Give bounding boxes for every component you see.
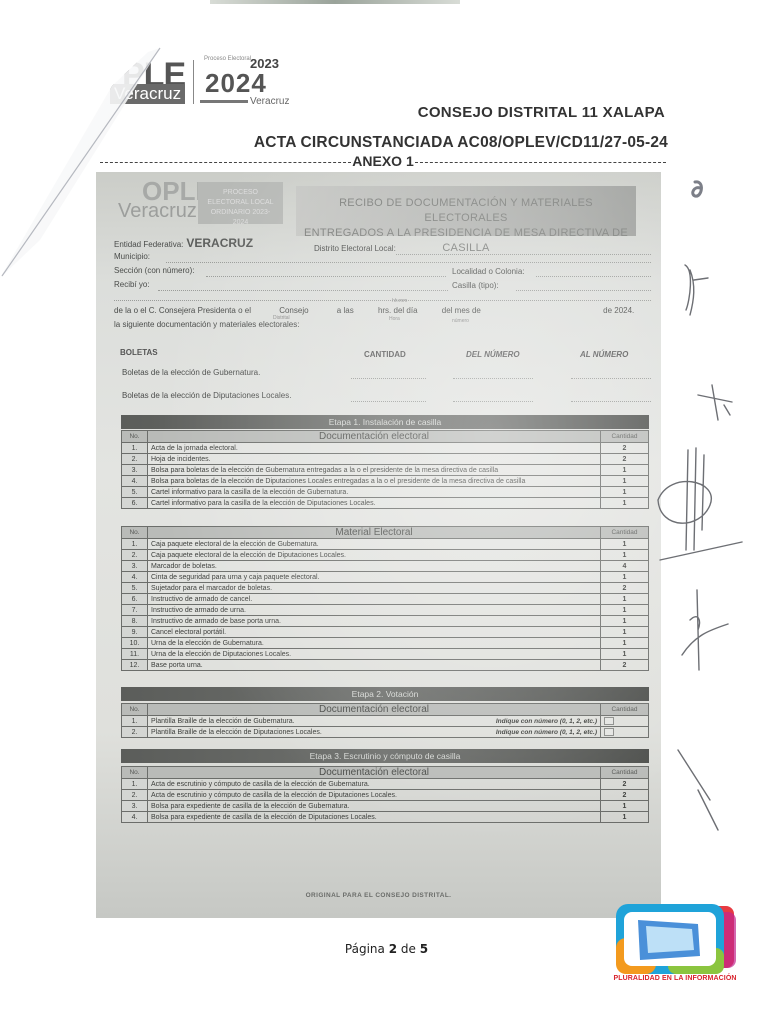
stage-2-documentation-table: No. Documentación electoral Cantidad 1.P… (121, 703, 649, 738)
table-row: 1.Acta de escrutinio y cómputo de casill… (122, 779, 649, 790)
stage-2-bar: Etapa 2. Votación (121, 687, 649, 701)
entidad-field: Entidad Federativa:VERACRUZ (114, 236, 253, 250)
siguiente-text: la siguiente documentación y materiales … (114, 320, 299, 329)
table-row: 6.Cartel informativo para la casilla de … (122, 498, 649, 509)
table-row: 4.Cinta de seguridad para urna y caja pa… (122, 572, 649, 583)
form-process-box: PROCESO ELECTORAL LOCAL ORDINARIO 2023-2… (198, 182, 283, 224)
quantity-value: 4 (601, 561, 649, 572)
form-header: OPLE Veracruz PROCESO ELECTORAL LOCAL OR… (106, 178, 651, 236)
boletas-col-al: AL NÚMERO (580, 350, 628, 359)
recibi-field: Recibí yo: (114, 280, 150, 289)
acta-heading: ACTA CIRCUNSTANCIADA AC08/OPLEV/CD11/27-… (254, 134, 668, 152)
table-row: 4.Bolsa para boletas de la elección de D… (122, 476, 649, 487)
boletas-title: BOLETAS (120, 348, 158, 357)
boletas-row: Boletas de la elección de Diputaciones L… (122, 391, 291, 400)
adjacent-page-edge (210, 0, 460, 4)
quantity-value: 1 (601, 812, 649, 823)
table-row: 5.Cartel informativo para la casilla de … (122, 487, 649, 498)
quantity-value: 2 (601, 790, 649, 801)
annex-divider: ANEXO 1 (100, 153, 666, 169)
quantity-value: 1 (601, 476, 649, 487)
ople-logo: PLE Veracruz (110, 58, 185, 106)
quantity-value: 1 (601, 465, 649, 476)
table-row: 9.Cancel electoral portátil.1 (122, 627, 649, 638)
quantity-value: 2 (601, 779, 649, 790)
quantity-value: 1 (601, 550, 649, 561)
quantity-value: 1 (601, 572, 649, 583)
quantity-value: 1 (601, 627, 649, 638)
table-row: 3.Bolsa para boletas de la elección de G… (122, 465, 649, 476)
table-row: 5.Sujetador para el marcador de boletas.… (122, 583, 649, 594)
localidad-field: Localidad o Colonia: (452, 267, 525, 276)
boletas-col-cantidad: CANTIDAD (364, 350, 406, 359)
distrito-field: Distrito Electoral Local: (314, 244, 396, 253)
scanned-receipt-form: OPLE Veracruz PROCESO ELECTORAL LOCAL OR… (96, 172, 661, 918)
quantity-input-box[interactable] (601, 727, 649, 738)
table-row: 8.Instructivo de armado de base porta ur… (122, 616, 649, 627)
casilla-field: Casilla (tipo): (452, 281, 499, 290)
table-row: 6.Instructivo de armado de cancel.1 (122, 594, 649, 605)
stage-1-documentation-table: No. Documentación electoral Cantidad 1.A… (121, 430, 649, 509)
table-row: 11.Urna de la elección de Diputaciones L… (122, 649, 649, 660)
municipio-field: Municipio: (114, 252, 150, 261)
document-page: PLE Veracruz Proceso Electoral 2023 2024… (0, 0, 773, 1024)
form-title: RECIBO DE DOCUMENTACIÓN Y MATERIALES ELE… (296, 186, 636, 236)
quantity-value: 2 (601, 454, 649, 465)
table-row: 2.Hoja de incidentes.2 (122, 454, 649, 465)
boletas-row: Boletas de la elección de Gubernatura. (122, 368, 260, 377)
table-row: 12.Base porta urna.2 (122, 660, 649, 671)
quantity-value: 1 (601, 594, 649, 605)
table-row: 3.Marcador de boletas.4 (122, 561, 649, 572)
logo-divider (193, 60, 194, 104)
seccion-field: Sección (con número): (114, 266, 194, 275)
table-row: 1.Plantilla Braille de la elección de Gu… (122, 716, 649, 727)
quantity-value: 1 (601, 498, 649, 509)
quantity-value: 2 (601, 443, 649, 454)
stage-1-bar: Etapa 1. Instalación de casilla (121, 415, 649, 429)
quantity-value: 1 (601, 801, 649, 812)
quantity-input-box[interactable] (601, 716, 649, 727)
table-row: 10.Urna de la elección de Gubernatura.1 (122, 638, 649, 649)
table-row: 4.Bolsa para expediente de casilla de la… (122, 812, 649, 823)
table-row: 1.Caja paquete electoral de la elección … (122, 539, 649, 550)
quantity-value: 1 (601, 539, 649, 550)
quantity-value: 1 (601, 605, 649, 616)
annex-label: ANEXO 1 (351, 153, 414, 169)
quantity-value: 1 (601, 638, 649, 649)
boletas-col-del: DEL NÚMERO (466, 350, 520, 359)
form-ople-logo: OPLE Veracruz (118, 180, 208, 224)
quantity-value: 1 (601, 649, 649, 660)
stage-3-documentation-table: No. Documentación electoral Cantidad 1.A… (121, 766, 649, 823)
stage-1-material-table: No. Material Electoral Cantidad 1.Caja p… (121, 526, 649, 671)
presidenta-field: de la o el C. Consejera Presidenta o el … (114, 306, 634, 315)
table-row: 2.Plantilla Braille de la elección de Di… (122, 727, 649, 738)
quantity-value: 1 (601, 616, 649, 627)
watermark-text: PLURALIDAD EN LA INFORMACIÓN (610, 975, 740, 982)
stage-3-bar: Etapa 3. Escrutinio y cómputo de casilla (121, 749, 649, 763)
table-row: 1.Acta de la jornada electoral.2 (122, 443, 649, 454)
table-row: 3.Bolsa para expediente de casilla de la… (122, 801, 649, 812)
quantity-value: 2 (601, 583, 649, 594)
quantity-value: 1 (601, 487, 649, 498)
table-row: 2.Caja paquete electoral de la elección … (122, 550, 649, 561)
margin-signatures (650, 150, 773, 910)
process-2023-2024-logo: Proceso Electoral 2023 2024 Veracruz (200, 56, 280, 108)
table-row: 2.Acta de escrutinio y cómputo de casill… (122, 790, 649, 801)
table-row: 7.Instructivo de armado de urna.1 (122, 605, 649, 616)
council-heading: CONSEJO DISTRITAL 11 XALAPA (418, 104, 665, 121)
quantity-value: 2 (601, 660, 649, 671)
original-note: ORIGINAL PARA EL CONSEJO DISTRITAL. (96, 892, 661, 899)
